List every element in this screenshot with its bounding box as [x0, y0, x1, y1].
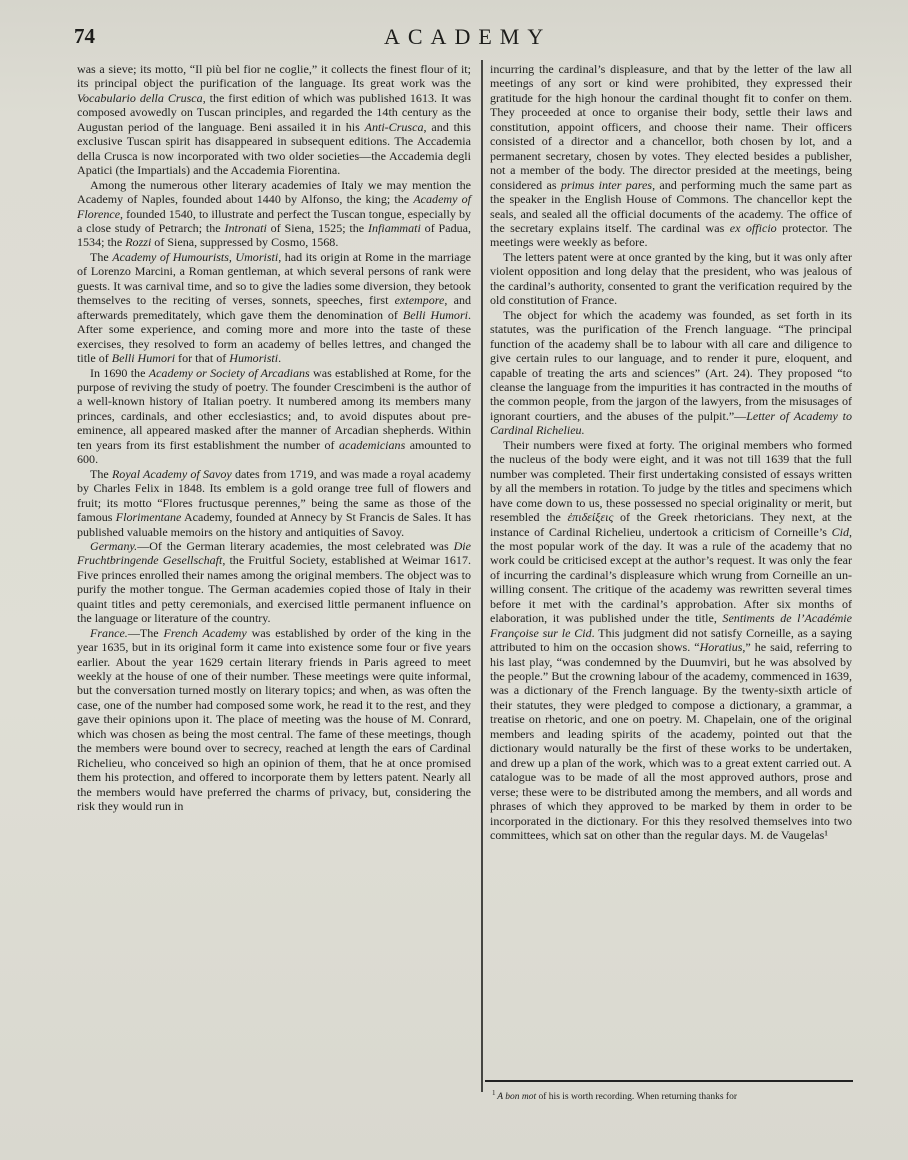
- italic-text: A bon mot: [497, 1092, 536, 1102]
- italic-text: Royal Academy of Savoy: [112, 467, 232, 481]
- paragraph: Among the numerous other literary academ…: [77, 178, 471, 250]
- italic-text: ἐπιδείξεις: [567, 510, 613, 524]
- text-run: In 1690 the: [90, 366, 149, 380]
- text-run: of Siena, sup­pressed by Cosmo, 1568.: [151, 235, 338, 249]
- italic-text: academicians: [339, 438, 405, 452]
- scanned-page: 74 ACADEMY was a sieve; its motto, “Il p…: [0, 0, 908, 1160]
- left-text-column: was a sieve; its motto, “Il più bel fior…: [77, 62, 471, 814]
- text-run: The letters patent were at once granted …: [490, 250, 852, 307]
- text-run: The object for which the academy was fou…: [490, 308, 852, 423]
- right-text-column: incurring the cardinal’s displeasure, an…: [490, 62, 852, 842]
- text-run: for that of: [175, 351, 229, 365]
- text-run: —The: [128, 626, 164, 640]
- text-run: was a sieve; its motto, “Il più bel fior…: [77, 62, 471, 90]
- footnote-rule: [485, 1080, 853, 1082]
- text-run: The: [90, 250, 112, 264]
- italic-text: Humoristi: [229, 351, 278, 365]
- text-run: of Siena, 1525; the: [267, 221, 368, 235]
- italic-text: Infiammati: [368, 221, 421, 235]
- italic-text: Belli Humori: [403, 308, 468, 322]
- paragraph: Their numbers were fixed at forty. The o…: [490, 438, 852, 843]
- paragraph: Germany.—Of the German literary academie…: [77, 539, 471, 626]
- column-divider: [481, 60, 483, 1092]
- italic-text: Academy or Society of Arcadians: [149, 366, 310, 380]
- italic-text: Hora­tius: [700, 640, 743, 654]
- paragraph: The Royal Academy of Savoy dates from 17…: [77, 467, 471, 539]
- page-number: 74: [74, 24, 95, 49]
- text-run: was established by order of the king in …: [77, 626, 471, 813]
- italic-text: Rozzi: [125, 235, 151, 249]
- text-run: The: [90, 467, 112, 481]
- text-run: —Of the German literary academies, the m…: [137, 539, 453, 553]
- italic-text: Florimentane: [116, 510, 182, 524]
- footnote: 1 A bon mot of his is worth recording. W…: [492, 1088, 852, 1103]
- paragraph: The letters patent were at once granted …: [490, 250, 852, 308]
- running-head-title: ACADEMY: [384, 24, 551, 50]
- text-run: Among the numerous other literary academ…: [77, 178, 471, 206]
- text-run: of his is worth recording. When returnin…: [536, 1092, 737, 1102]
- italic-text: Cid: [832, 525, 849, 539]
- paragraph: The object for which the academy was fou…: [490, 308, 852, 438]
- paragraph: In 1690 the Academy or Society of Arcadi…: [77, 366, 471, 467]
- text-run: .: [278, 351, 281, 365]
- italic-text: primus inter pares: [561, 178, 652, 192]
- text-run: ,” he said, referring to his last play, …: [490, 640, 852, 842]
- italic-text: extempore: [395, 293, 445, 307]
- italic-text: Germany.: [90, 539, 137, 553]
- text-run: incurring the cardinal’s displeasure, an…: [490, 62, 852, 192]
- italic-text: France.: [90, 626, 128, 640]
- italic-text: Belli Humori: [112, 351, 175, 365]
- paragraph: France.—The French Academy was establish…: [77, 626, 471, 814]
- italic-text: ex officio: [730, 221, 777, 235]
- text-run: , the most popular work of the day. It w…: [490, 525, 852, 626]
- italic-text: Anti-Crusca: [365, 120, 424, 134]
- page-header: 74 ACADEMY: [74, 20, 854, 52]
- paragraph: The Academy of Humourists, Umoristi, had…: [77, 250, 471, 366]
- italic-text: Vocabu­lario della Crusca: [77, 91, 203, 105]
- paragraph: incurring the cardinal’s displeasure, an…: [490, 62, 852, 250]
- italic-text: Intronati: [224, 221, 266, 235]
- italic-text: French Academy: [164, 626, 247, 640]
- paragraph: was a sieve; its motto, “Il più bel fior…: [77, 62, 471, 178]
- italic-text: Academy of Humourists, Umoristi: [112, 250, 278, 264]
